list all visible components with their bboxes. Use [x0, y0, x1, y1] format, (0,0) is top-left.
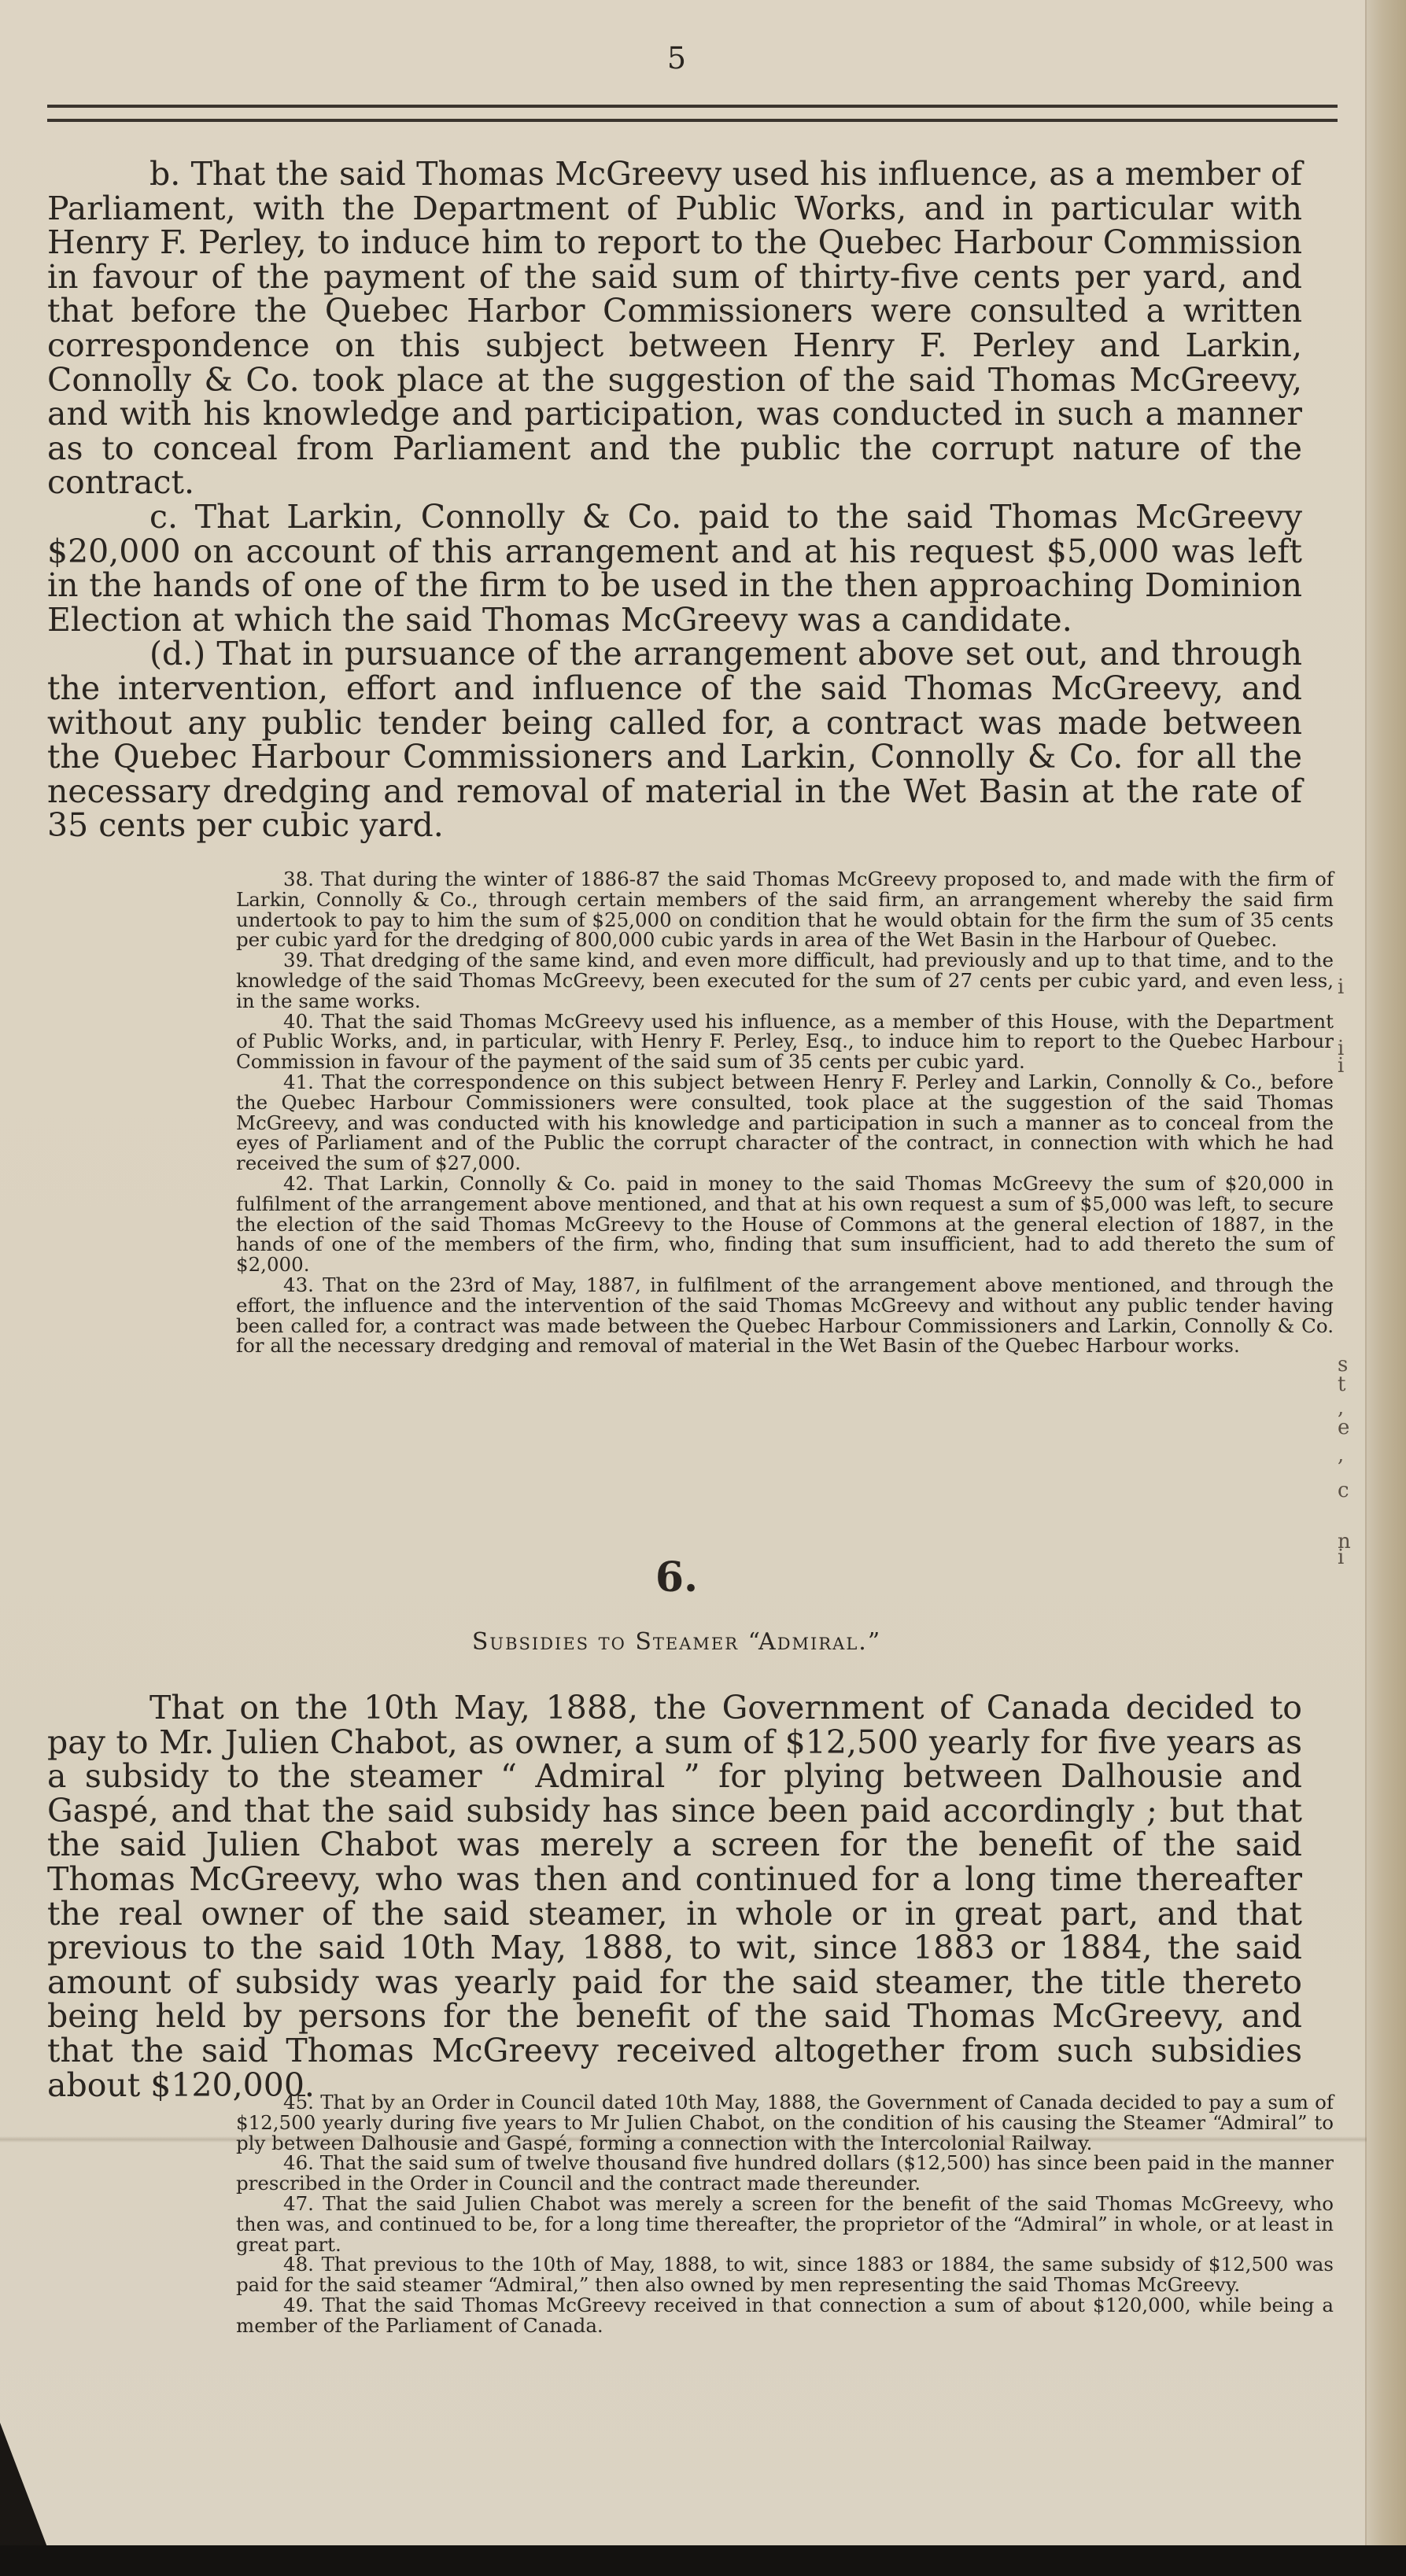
margin-fragment: i [1338, 975, 1344, 999]
margin-fragment: e [1338, 1416, 1349, 1439]
paragraph-d: (d.) That in pursuance of the arrangemen… [47, 637, 1302, 843]
margin-fragment: i [1338, 1546, 1344, 1569]
section-title: Subsidies to Steamer “Admiral.” [0, 1628, 1353, 1656]
charges-paragraphs-upper: b. That the said Thomas McGreevy used hi… [47, 157, 1302, 843]
document-page: 5 b. That the said Thomas McGreevy used … [0, 0, 1406, 2547]
margin-fragment: i [1338, 1054, 1344, 1078]
note-38: 38. That during the winter of 1886-87 th… [236, 869, 1334, 950]
section-number: 6. [0, 1553, 1353, 1601]
charges-paragraphs-lower: That on the 10th May, 1888, the Governme… [47, 1691, 1302, 2102]
paragraph-admiral: That on the 10th May, 1888, the Governme… [47, 1691, 1302, 2102]
note-45: 45. That by an Order in Council dated 10… [236, 2092, 1334, 2153]
note-42: 42. That Larkin, Connolly & Co. paid in … [236, 1174, 1334, 1275]
binding-edge [1365, 0, 1406, 2547]
margin-fragment: c [1338, 1479, 1349, 1502]
header-double-rule [47, 105, 1338, 122]
note-43: 43. That on the 23rd of May, 1887, in fu… [236, 1275, 1334, 1356]
note-39: 39. That dredging of the same kind, and … [236, 950, 1334, 1011]
note-41: 41. That the correspondence on this subj… [236, 1072, 1334, 1174]
page-number: 5 [0, 41, 1353, 76]
note-48: 48. That previous to the 10th of May, 18… [236, 2254, 1334, 2295]
note-40: 40. That the said Thomas McGreevy used h… [236, 1012, 1334, 1072]
note-46: 46. That the said sum of twelve thousand… [236, 2153, 1334, 2194]
numbered-notes-lower: 45. That by an Order in Council dated 10… [236, 2092, 1334, 2336]
margin-fragment: t [1338, 1373, 1345, 1396]
numbered-notes-upper: 38. That during the winter of 1886-87 th… [236, 869, 1334, 1356]
note-47: 47. That the said Julien Chabot was mere… [236, 2194, 1334, 2254]
margin-fragment: , [1338, 1443, 1344, 1467]
note-49: 49. That the said Thomas McGreevy receiv… [236, 2295, 1334, 2336]
scan-background [0, 2545, 1406, 2576]
paragraph-b: b. That the said Thomas McGreevy used hi… [47, 157, 1302, 500]
paragraph-c: c. That Larkin, Connolly & Co. paid to t… [47, 500, 1302, 637]
